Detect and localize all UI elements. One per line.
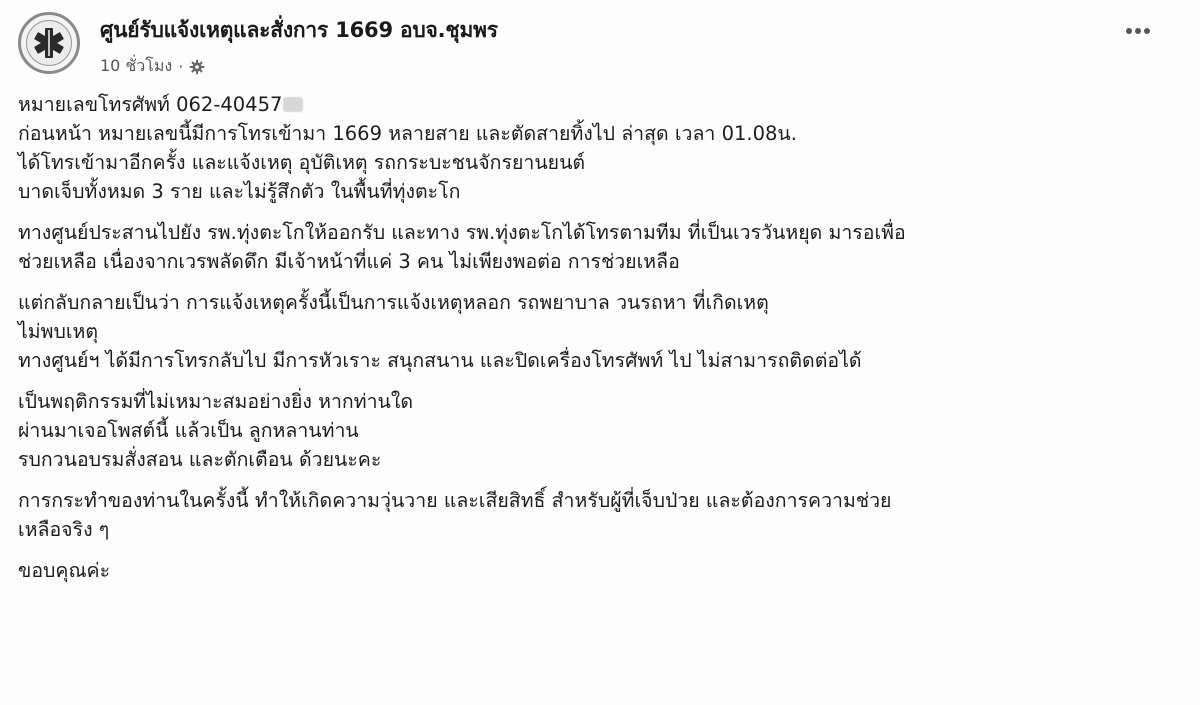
text-line: รบกวนอบรมสั่งสอน และตักเตือน ด้วยนะคะ — [18, 445, 1188, 474]
paragraph-3: แต่กลับกลายเป็นว่า การแจ้งเหตุครั้งนี้เป… — [18, 288, 1188, 375]
page-name-link[interactable]: ศูนย์รับแจ้งเหตุและสั่งการ 1669 อบจ.ชุมพ… — [100, 14, 498, 47]
text-line: เป็นพฤติกรรมที่ไม่เหมาะสมอย่างยิ่ง หากท่… — [18, 387, 1188, 416]
text-line: บาดเจ็บทั้งหมด 3 ราย และไม่รู้สึกตัว ในพ… — [18, 177, 1188, 206]
text-line: ก่อนหน้า หมายเลขนี้มีการโทรเข้ามา 1669 ห… — [18, 119, 1188, 148]
paragraph-5: การกระทำของท่านในครั้งนี้ ทำให้เกิดความว… — [18, 486, 1188, 544]
meta-separator: · — [178, 57, 183, 76]
text-line: เหลือจริง ๆ — [18, 515, 1188, 544]
text-line: ผ่านมาเจอโพสต์นี้ แล้วเป็น ลูกหลานท่าน — [18, 416, 1188, 445]
text-line: ขอบคุณค่ะ — [18, 556, 1188, 585]
text-line: แต่กลับกลายเป็นว่า การแจ้งเหตุครั้งนี้เป… — [18, 288, 1188, 317]
phone-number-text: หมายเลขโทรศัพท์ 062-40457 — [18, 93, 282, 116]
text-line: การกระทำของท่านในครั้งนี้ ทำให้เกิดความว… — [18, 486, 1188, 515]
post-body: หมายเลขโทรศัพท์ 062-40457 ก่อนหน้า หมายเ… — [18, 90, 1188, 597]
text-line: ได้โทรเข้ามาอีกครั้ง และแจ้งเหตุ อุบัติเ… — [18, 148, 1188, 177]
phone-line: หมายเลขโทรศัพท์ 062-40457 — [18, 90, 1188, 119]
avatar[interactable] — [18, 12, 80, 74]
post-meta: 10 ชั่วโมง · — [100, 54, 498, 79]
more-horizontal-icon — [1144, 28, 1150, 34]
more-options-button[interactable] — [1126, 28, 1150, 34]
more-horizontal-icon — [1126, 28, 1132, 34]
gear-icon[interactable] — [189, 59, 205, 75]
more-horizontal-icon — [1135, 28, 1141, 34]
text-line: ไม่พบเหตุ — [18, 317, 1188, 346]
text-line: ช่วยเหลือ เนื่องจากเวรพลัดดึก มีเจ้าหน้า… — [18, 247, 1188, 276]
paragraph-1: หมายเลขโทรศัพท์ 062-40457 ก่อนหน้า หมายเ… — [18, 90, 1188, 206]
post-header: ศูนย์รับแจ้งเหตุและสั่งการ 1669 อบจ.ชุมพ… — [18, 12, 498, 79]
star-of-life-emblem-icon — [26, 20, 72, 66]
paragraph-6: ขอบคุณค่ะ — [18, 556, 1188, 585]
text-line: ทางศูนย์ประสานไปยัง รพ.ทุ่งตะโกให้ออกรับ… — [18, 218, 1188, 247]
facebook-post: ศูนย์รับแจ้งเหตุและสั่งการ 1669 อบจ.ชุมพ… — [0, 0, 1200, 705]
text-line: ทางศูนย์ฯ ได้มีการโทรกลับไป มีการหัวเราะ… — [18, 346, 1188, 375]
paragraph-4: เป็นพฤติกรรมที่ไม่เหมาะสมอย่างยิ่ง หากท่… — [18, 387, 1188, 474]
redacted-digits — [283, 97, 303, 112]
post-timestamp[interactable]: 10 ชั่วโมง — [100, 54, 172, 79]
paragraph-2: ทางศูนย์ประสานไปยัง รพ.ทุ่งตะโกให้ออกรับ… — [18, 218, 1188, 276]
